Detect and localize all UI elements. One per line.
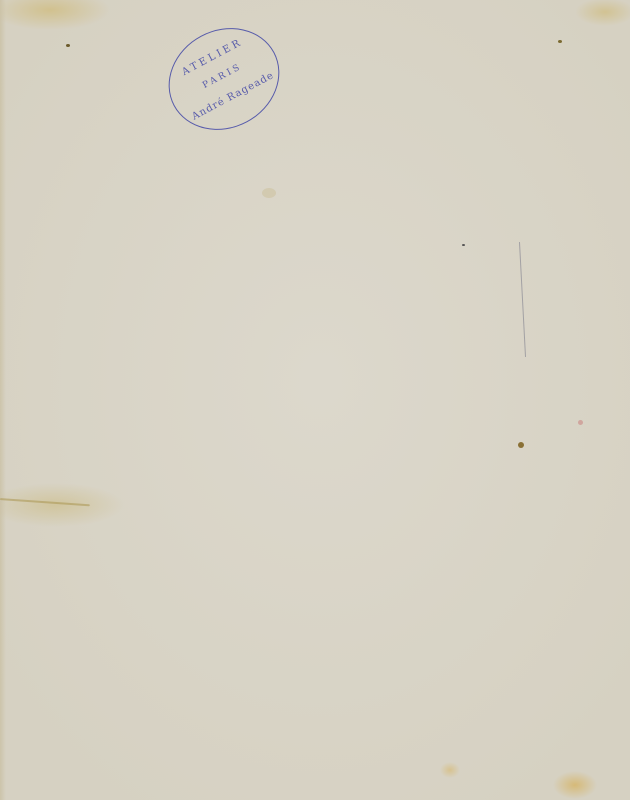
atelier-stamp: ATELIER PARIS André Rageade — [151, 9, 298, 149]
water-stain-line — [0, 498, 90, 506]
speck — [462, 244, 465, 246]
speck — [578, 420, 583, 425]
speck — [262, 188, 276, 198]
speck — [66, 44, 70, 47]
speck — [558, 40, 562, 43]
pencil-mark — [519, 242, 526, 357]
aged-paper: ATELIER PARIS André Rageade — [0, 0, 630, 800]
left-edge-discoloration — [0, 0, 6, 800]
speck — [518, 442, 524, 448]
